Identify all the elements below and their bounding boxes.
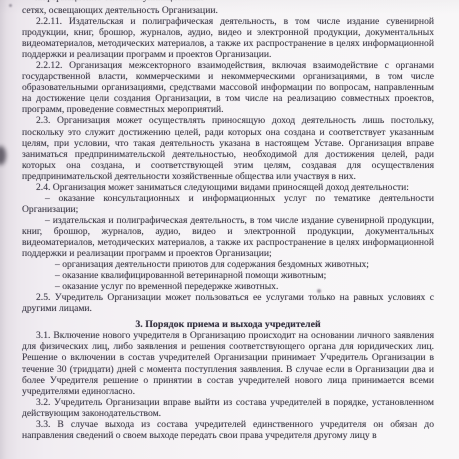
list-item-animal-shelters: – организация деятельности приютов для с… [22, 259, 434, 270]
paragraph-3-2: 3.2. Учредитель Организации вправе выйти… [22, 397, 434, 419]
paragraph-continuation: сетях, освещающих деятельность Организац… [22, 5, 434, 16]
paragraph-2-2-12: 2.2.12. Организация межсекторного взаимо… [22, 60, 434, 115]
paragraph-2-2-11: 2.2.11. Издательская и полиграфическая д… [22, 16, 434, 60]
scan-speck [317, 289, 321, 293]
paragraph-3-3: 3.3. В случае выхода из состава учредите… [22, 419, 434, 441]
list-item-consulting-services: – оказание консультационных и информацио… [22, 193, 434, 215]
document-body: сетях, освещающих деятельность Организац… [22, 5, 434, 441]
scan-smudge [0, 146, 6, 165]
clipped-top-line: информационно-телекоммуникационных [22, 0, 434, 4]
list-item-veterinary-care: – оказание квалифицированной ветеринарно… [22, 270, 434, 281]
list-item-publishing: – издательская и полиграфическая деятель… [22, 215, 434, 259]
scan-speck [9, 4, 12, 7]
section-3-heading: 3. Порядок приема и выхода учредителей [22, 319, 434, 330]
clipped-top-line-text: информационно-телекоммуникационных [22, 0, 434, 3]
paragraph-2-3: 2.3. Организация может осуществлять прин… [22, 115, 434, 181]
list-item-animal-boarding: – оказание услуг по временной передержке… [22, 281, 434, 292]
paragraph-3-1: 3.1. Включение нового учредителя в Орган… [22, 330, 434, 396]
paragraph-2-5: 2.5. Учредитель Организации может пользо… [22, 292, 434, 314]
paragraph-2-4: 2.4. Организация может заниматься следую… [22, 182, 434, 193]
